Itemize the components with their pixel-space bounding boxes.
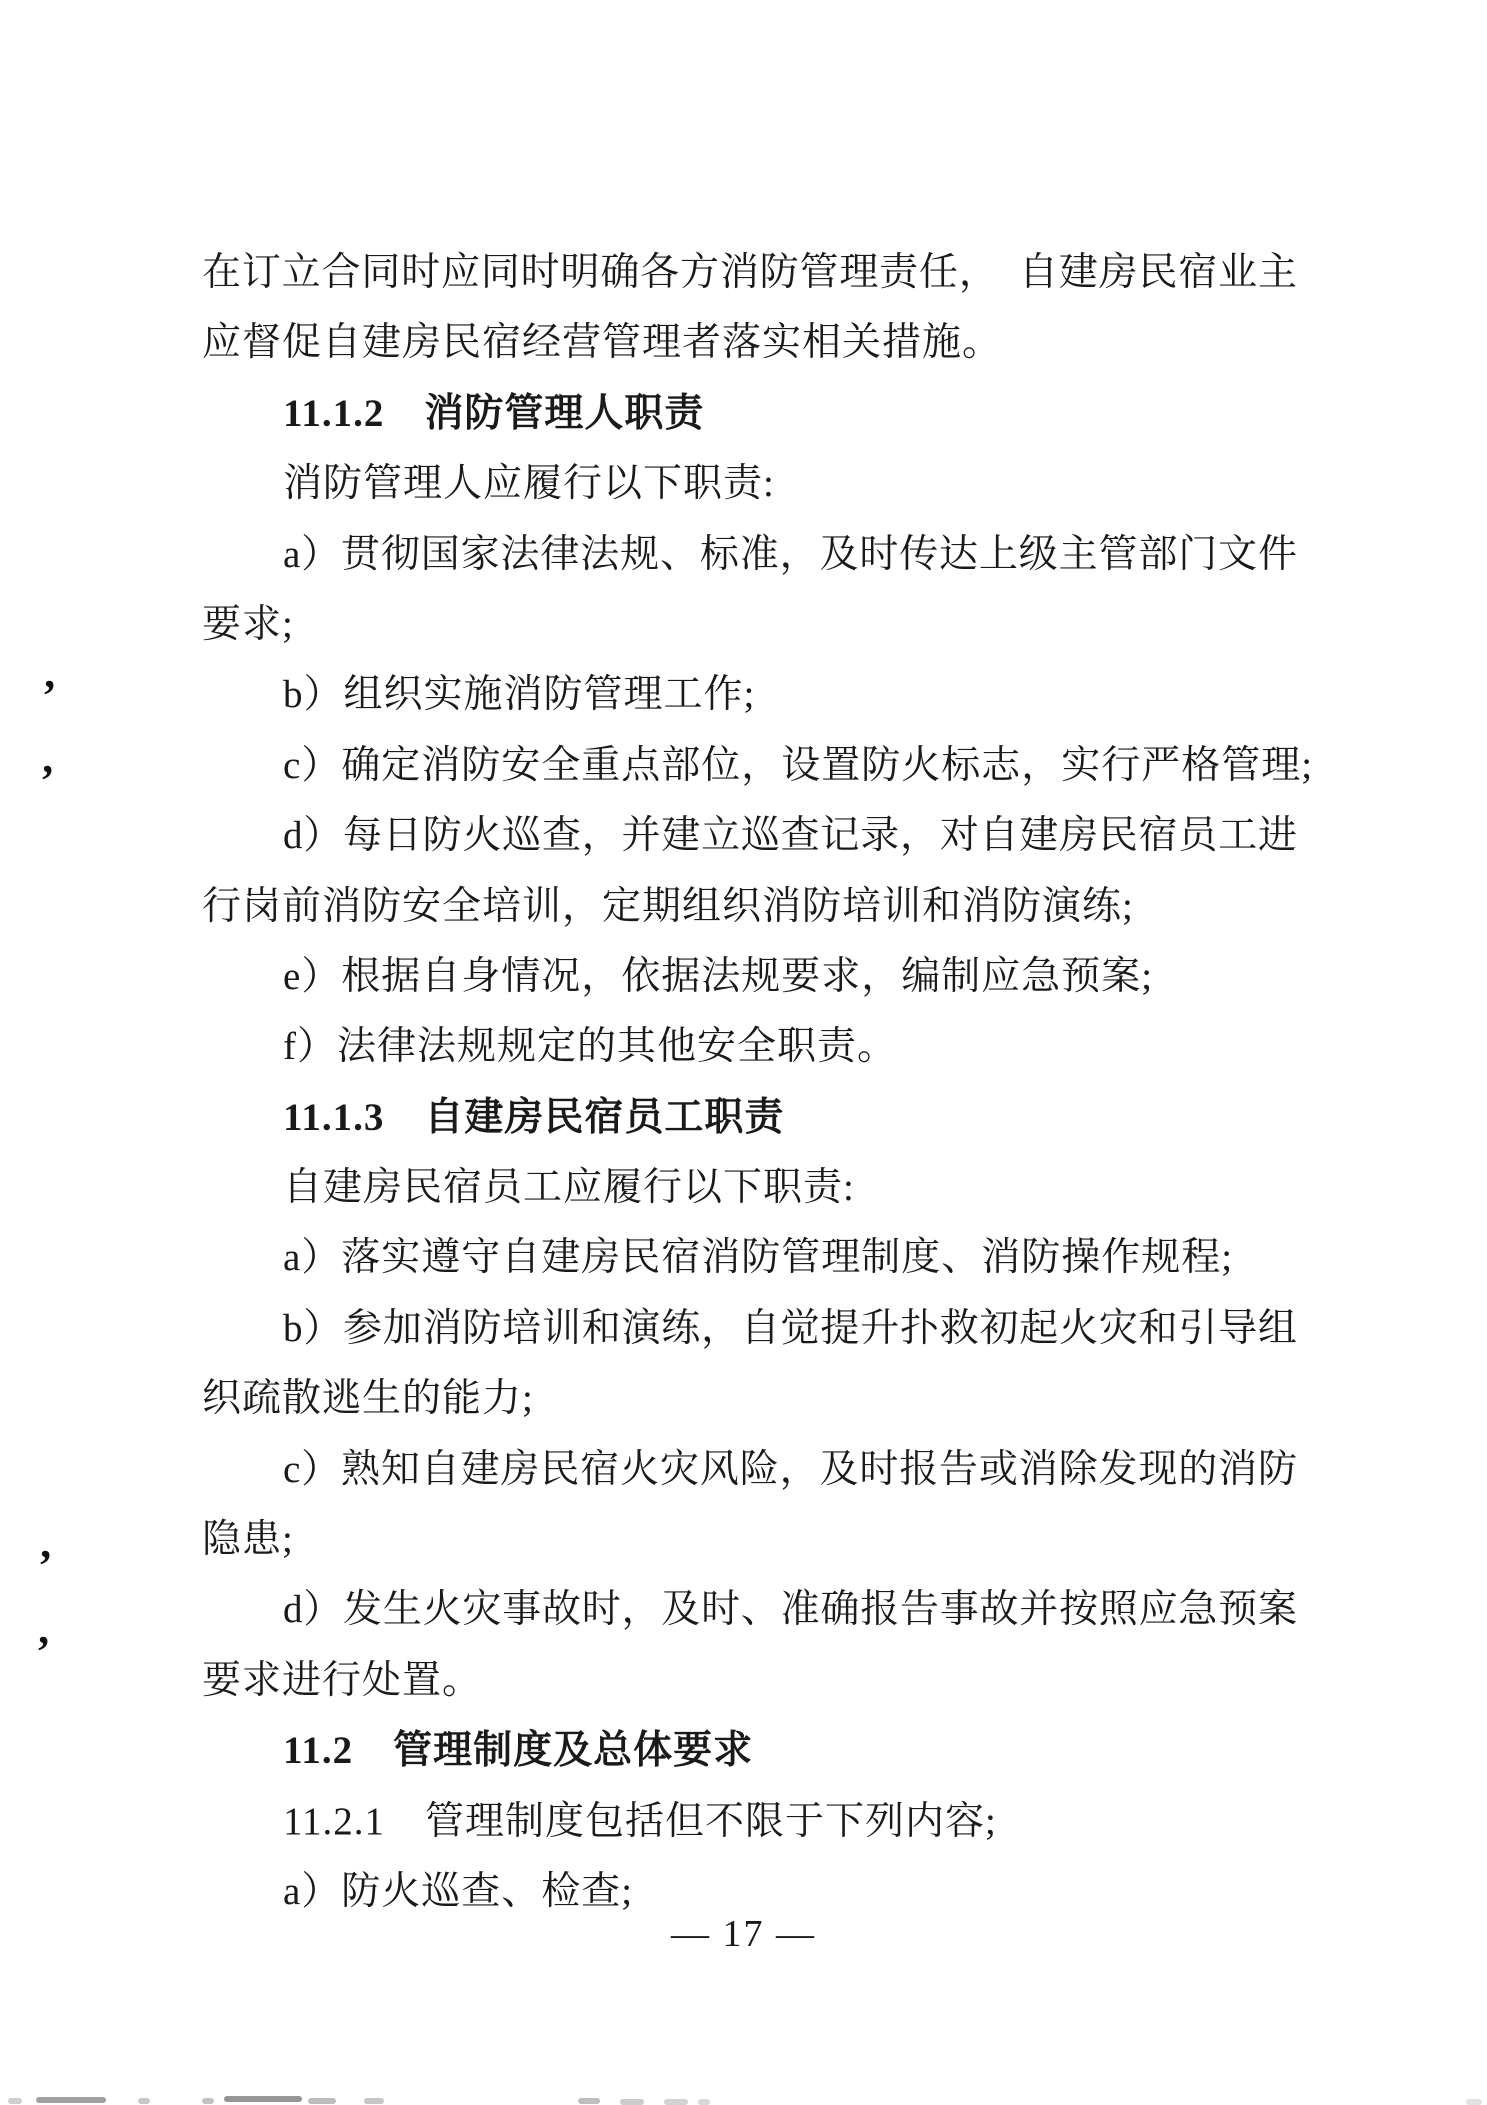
text-line: 织疏散逃生的能力;	[202, 1364, 1297, 1434]
text-line: a）贯彻国家法律法规、标准，及时传达上级主管部门文件	[202, 520, 1297, 590]
scan-artifact	[224, 2096, 302, 2102]
text-line: 隐患;	[202, 1505, 1297, 1575]
text-line: 行岗前消防安全培训，定期组织消防培训和消防演练;	[202, 872, 1297, 942]
text-line: 在订立合同时应同时明确各方消防管理责任， 自建房民宿业主	[202, 238, 1297, 308]
page-number: — 17 —	[0, 1910, 1487, 1958]
text-line: 消防管理人应履行以下职责:	[202, 449, 1297, 519]
text-line: 要求;	[202, 590, 1297, 660]
page-background: 在订立合同时应同时明确各方消防管理责任， 自建房民宿业主应督促自建房民宿经营管理…	[0, 0, 1487, 2105]
scan-artifact	[698, 2099, 710, 2105]
text-line: d）发生火灾事故时，及时、准确报告事故并按照应急预案	[202, 1575, 1297, 1645]
text-line: 11.2.1 管理制度包括但不限于下列内容;	[202, 1787, 1297, 1857]
scanned-document-page: { "document": { "page_number": "— 17 —",…	[0, 0, 1487, 2105]
document-body: 在订立合同时应同时明确各方消防管理责任， 自建房民宿业主应督促自建房民宿经营管理…	[202, 238, 1297, 1927]
heading-line: 11.2 管理制度及总体要求	[202, 1716, 1297, 1786]
scan-artifact	[1466, 2099, 1482, 2105]
scan-artifact	[202, 2098, 214, 2104]
text-line: b）参加消防培训和演练，自觉提升扑救初起火灾和引导组	[202, 1294, 1297, 1364]
scan-artifact	[620, 2099, 644, 2105]
text-line: c）熟知自建房民宿火灾风险，及时报告或消除发现的消防	[202, 1435, 1297, 1505]
scan-artifact	[138, 2098, 150, 2104]
text-line: 自建房民宿员工应履行以下职责:	[202, 1153, 1297, 1223]
text-line: f）法律法规规定的其他安全职责。	[202, 1012, 1297, 1082]
scan-artifact	[8, 2098, 22, 2104]
ink-speck: ’	[42, 676, 57, 716]
scan-artifact	[364, 2098, 384, 2104]
scan-artifact	[308, 2098, 336, 2104]
heading-line: 11.1.3 自建房民宿员工职责	[202, 1083, 1297, 1153]
heading-line: 11.1.2 消防管理人职责	[202, 379, 1297, 449]
text-line: c）确定消防安全重点部位，设置防火标志，实行严格管理;	[202, 731, 1297, 801]
text-line: e）根据自身情况，依据法规要求，编制应急预案;	[202, 942, 1297, 1012]
ink-speck: ’	[40, 761, 55, 801]
scan-artifact	[36, 2097, 106, 2103]
text-line: 应督促自建房民宿经营管理者落实相关措施。	[202, 308, 1297, 378]
scan-artifact	[578, 2098, 600, 2104]
ink-speck: ’	[38, 1546, 53, 1586]
text-line: a）落实遵守自建房民宿消防管理制度、消防操作规程;	[202, 1223, 1297, 1293]
ink-speck: ’	[36, 1632, 51, 1672]
scan-artifact	[664, 2099, 688, 2105]
text-line: d）每日防火巡查，并建立巡查记录，对自建房民宿员工进	[202, 801, 1297, 871]
text-line: b）组织实施消防管理工作;	[202, 660, 1297, 730]
text-line: 要求进行处置。	[202, 1646, 1297, 1716]
